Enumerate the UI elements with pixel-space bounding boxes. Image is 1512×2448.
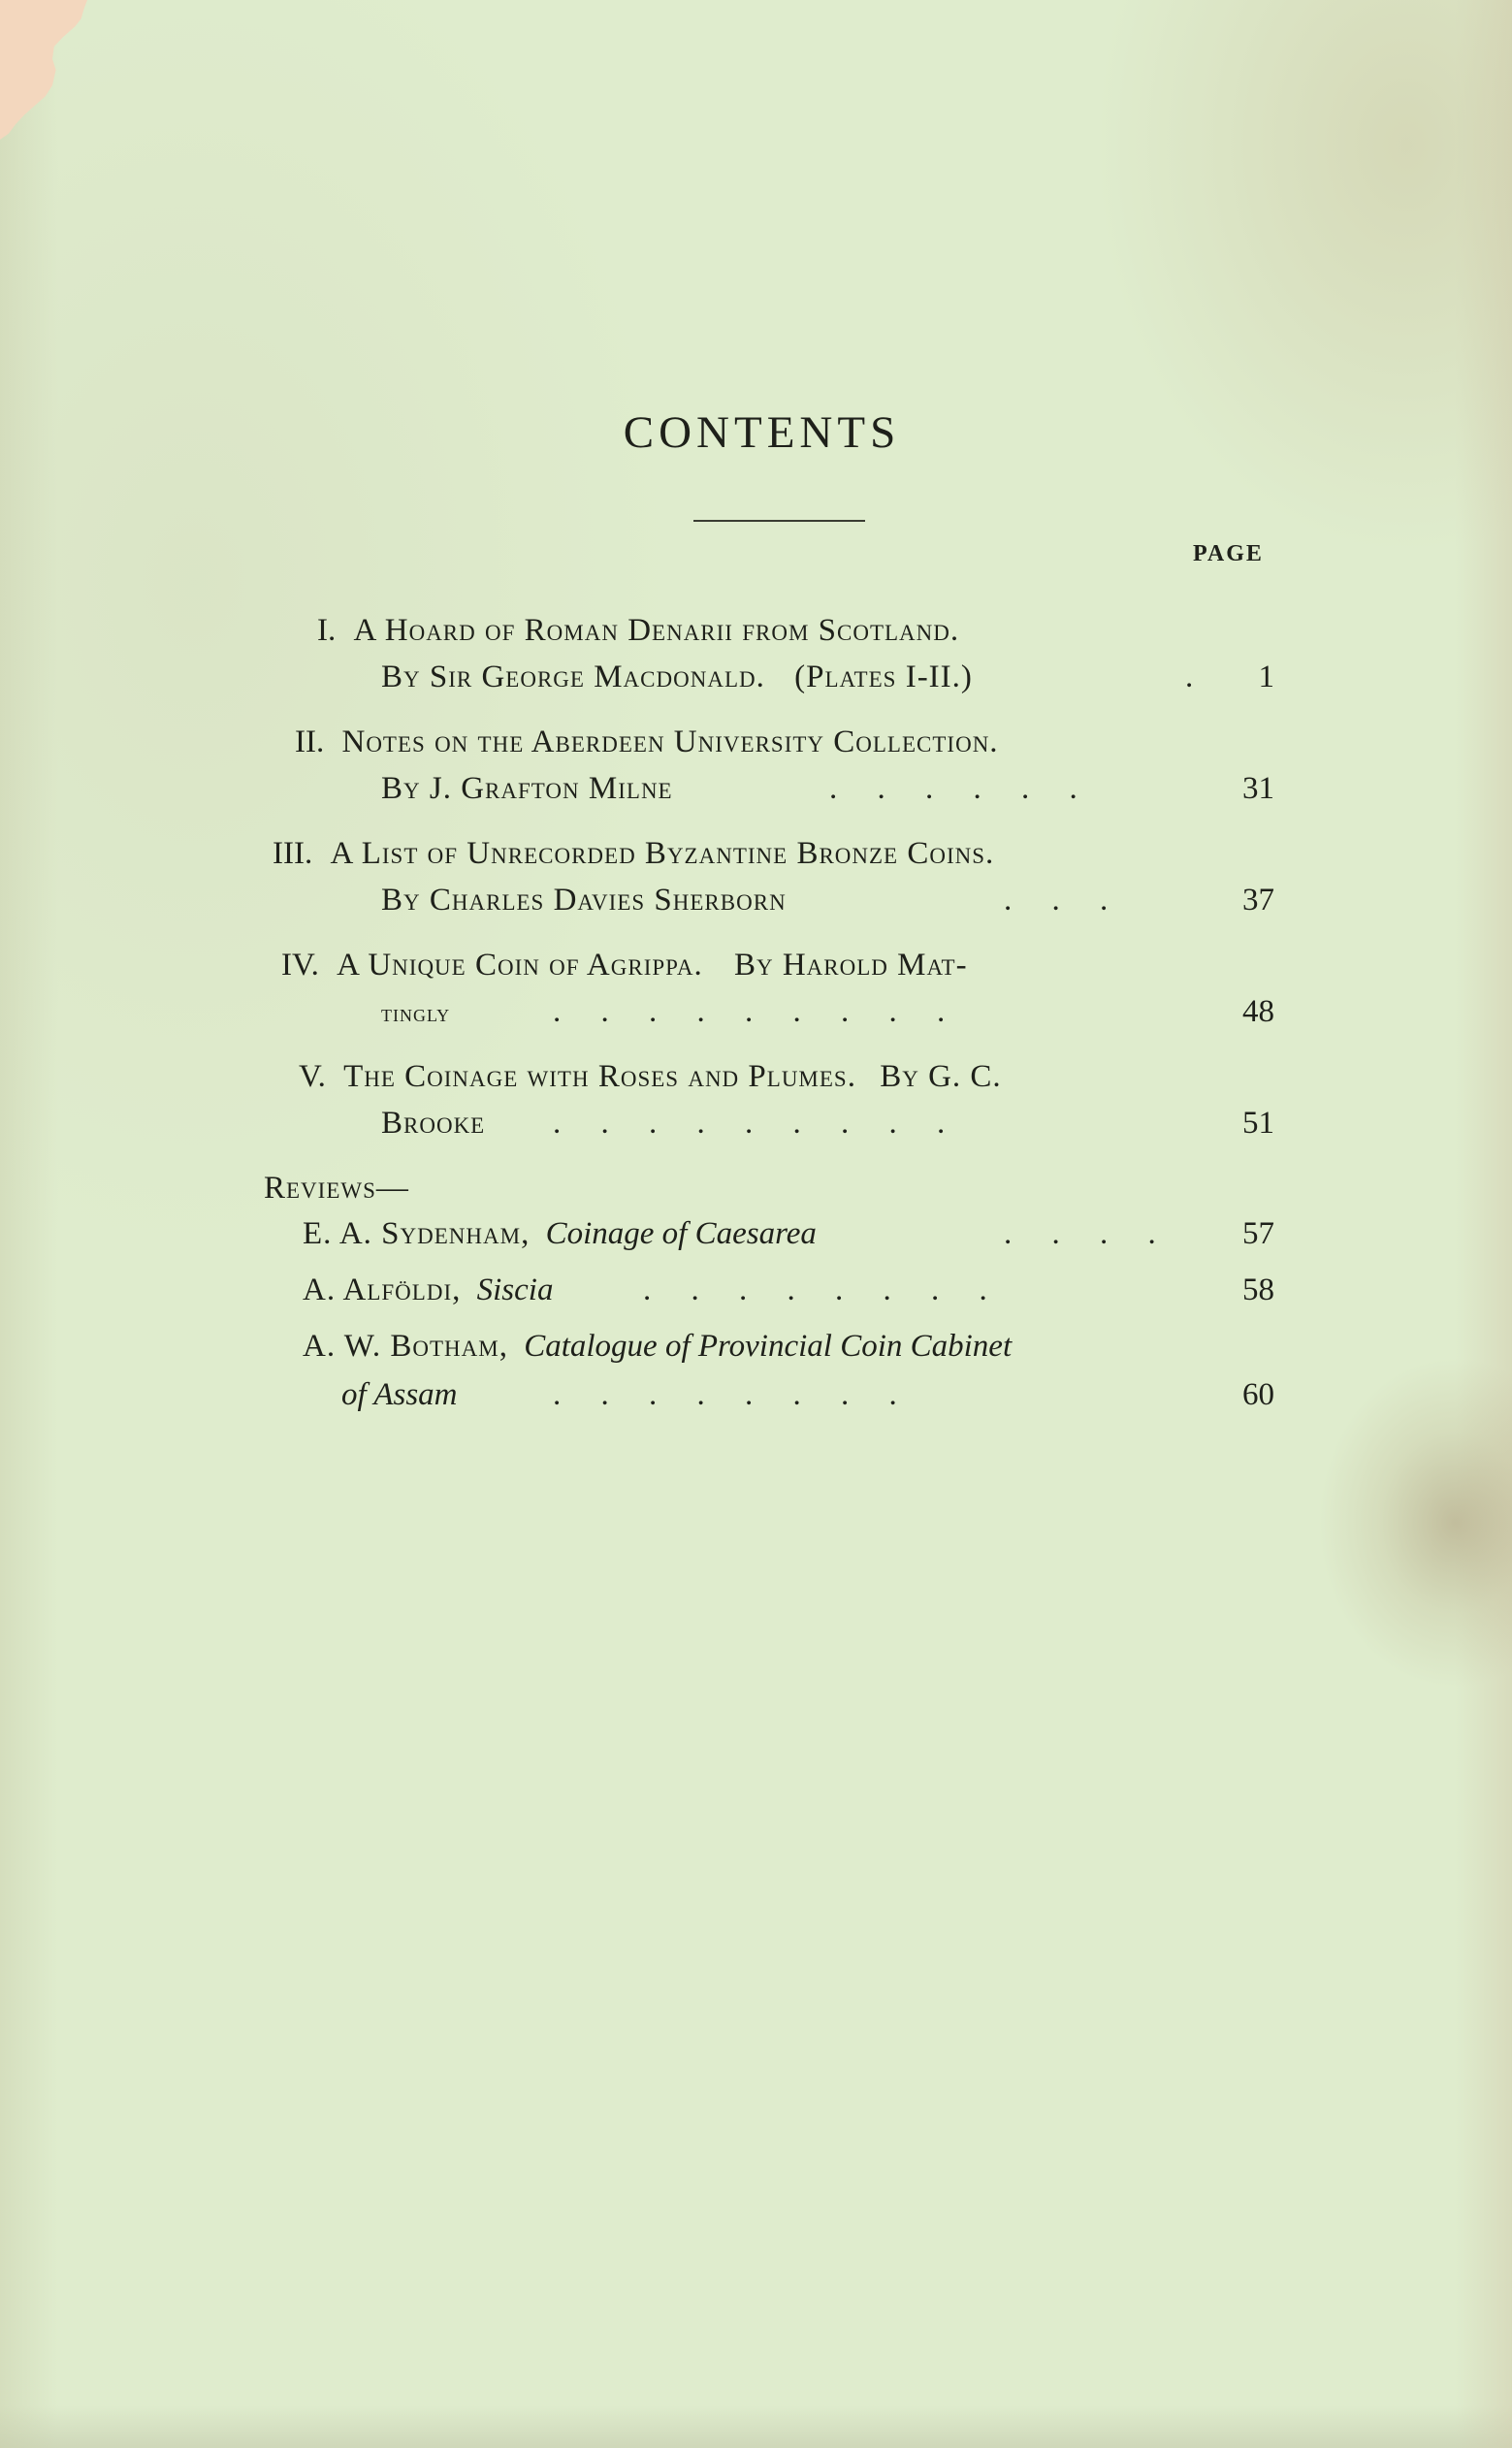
review-work: Siscia — [477, 1272, 554, 1307]
toc-entry-3-line-1: III. A List of Unrecorded Byzantine Bron… — [273, 834, 994, 873]
toc-entry-2-line-1: II. Notes on the Aberdeen University Col… — [295, 723, 999, 761]
toc-entry-5-line-2: Brooke — [381, 1104, 485, 1143]
toc-entry-3-line-2: By Charles Davies Sherborn — [381, 881, 787, 919]
toc-entry-2-line-2: By J. Grafton Milne — [381, 769, 673, 808]
entry-numeral: II. — [295, 725, 324, 759]
dot-leader: . . . . . . . . — [553, 1375, 897, 1414]
review-author: E. A. Sydenham, — [303, 1216, 530, 1251]
review-item-3-line-1: A. W. Botham, Catalogue of Provincial Co… — [303, 1327, 1012, 1366]
entry-numeral: I. — [317, 613, 336, 648]
entry-plates-note: (Plates I-II.) — [794, 660, 973, 694]
dot-leader: . . . . . . — [829, 769, 1078, 808]
entry-numeral: IV. — [281, 948, 319, 982]
review-item-3-line-2: of Assam — [341, 1375, 458, 1414]
entry-byline: By Sir George Macdonald. — [381, 660, 765, 694]
dot-leader: . . . — [1004, 881, 1108, 919]
dot-leader: . . . . . . . . . — [553, 992, 945, 1031]
page-title: CONTENTS — [0, 405, 1512, 460]
review-author: A. W. Botham, — [303, 1329, 508, 1364]
review-work: Coinage of Caesarea — [546, 1216, 817, 1251]
review-author: A. Alföldi, — [303, 1272, 461, 1307]
review-item-1-line: E. A. Sydenham, Coinage of Caesarea — [303, 1214, 817, 1253]
entry-byline: By G. C. — [880, 1059, 1001, 1094]
page-column-header: PAGE — [1193, 540, 1264, 567]
review-work: Catalogue of Provincial Coin Cabinet — [524, 1329, 1012, 1364]
entry-numeral: III. — [273, 836, 312, 871]
entry-page-number: 1 — [1259, 658, 1275, 696]
entry-page-number: 51 — [1242, 1104, 1274, 1143]
toc-entry-4-line-2: tingly — [381, 992, 450, 1033]
entry-page-number: 37 — [1242, 881, 1274, 919]
entry-byline-continued: tingly — [381, 999, 450, 1027]
dot-leader: . . . . — [1004, 1214, 1156, 1253]
toc-entry-5-line-1: V. The Coinage with Roses and Plumes. By… — [299, 1057, 1002, 1096]
entry-page-number: 31 — [1242, 769, 1274, 808]
entry-numeral: V. — [299, 1059, 326, 1094]
entry-title: A Hoard of Roman Denarii from Scotland. — [354, 613, 960, 648]
title-rule-divider — [693, 520, 865, 522]
toc-entry-1-line-2: By Sir George Macdonald. (Plates I-II.) — [381, 658, 973, 696]
review-page-number: 60 — [1242, 1375, 1274, 1414]
toc-entry-1-line-1: I. A Hoard of Roman Denarii from Scotlan… — [317, 611, 959, 650]
entry-title: The Coinage with Roses and Plumes. — [343, 1059, 856, 1094]
entry-page-number: 48 — [1242, 992, 1274, 1031]
dot-leader: . . . . . . . . . — [553, 1104, 945, 1143]
entry-byline: By Harold Mat- — [734, 948, 968, 982]
entry-title: A Unique Coin of Agrippa. — [337, 948, 703, 982]
review-page-number: 57 — [1242, 1214, 1274, 1253]
dot-leader: . . . . . . . . — [643, 1271, 987, 1309]
review-page-number: 58 — [1242, 1271, 1274, 1309]
entry-title: A List of Unrecorded Byzantine Bronze Co… — [330, 836, 994, 871]
entry-title: Notes on the Aberdeen University Collect… — [341, 725, 998, 759]
reviews-label: Reviews— — [264, 1169, 409, 1208]
entry-byline: By Charles Davies Sherborn — [381, 883, 787, 918]
entry-byline: By J. Grafton Milne — [381, 771, 673, 806]
entry-byline-continued: Brooke — [381, 1106, 485, 1141]
toc-entry-4-line-1: IV. A Unique Coin of Agrippa. By Harold … — [281, 946, 968, 984]
dot-leader: . — [1185, 658, 1193, 696]
review-item-2-line: A. Alföldi, Siscia — [303, 1271, 553, 1309]
